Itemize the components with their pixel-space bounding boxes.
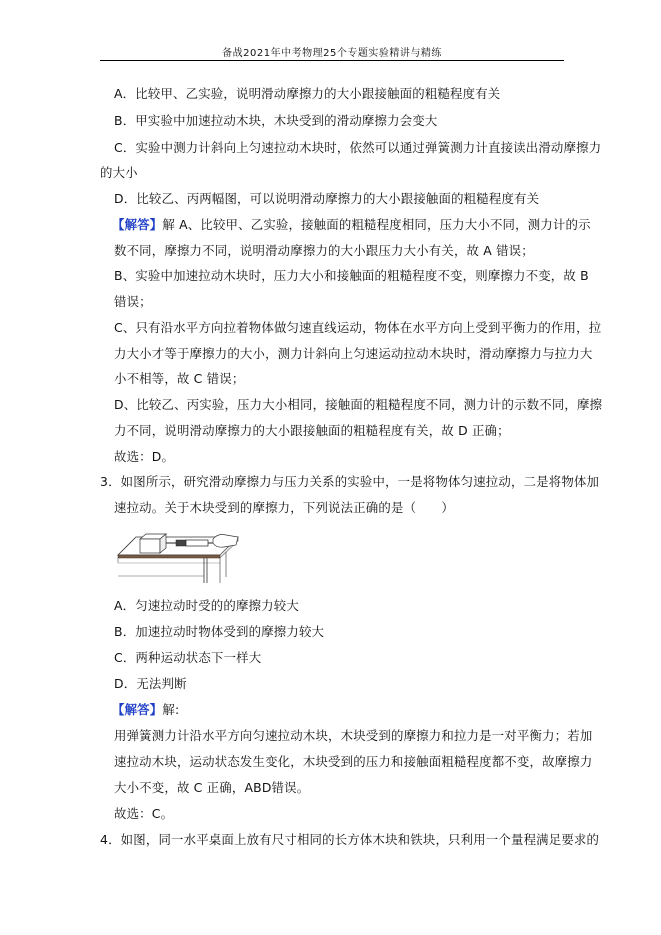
q3-answer-line-4: 故选：C。	[114, 806, 173, 822]
q3-option-d: D．无法判断	[114, 676, 187, 692]
q2-option-a: A．比较甲、乙实验，说明滑动摩擦力的大小跟接触面的粗糙程度有关	[114, 86, 500, 102]
q4-stem-line-1: 4．如图，同一水平桌面上放有尺寸相同的长方体木块和铁块，只利用一个量程满足要求的	[100, 832, 599, 848]
block-on-table-figure	[114, 527, 244, 583]
q3-answer-line-1: 用弹簧测力计沿水平方向匀速拉动木块，木块受到的摩擦力和拉力是一对平衡力；若加	[114, 728, 592, 744]
q2-option-b: B．甲实验中加速拉动木块，木块受到的滑动摩擦力会变大	[114, 113, 437, 129]
page-header: 备战2021年中考物理25个专题实验精讲与精练	[100, 44, 564, 59]
q2-option-d: D．比较乙、丙两幅图，可以说明滑动摩擦力的大小跟接触面的粗糙程度有关	[114, 191, 539, 207]
q2-answer-line-9: 力不同，说明滑动摩擦力的大小跟接触面的粗糙程度有关，故 D 正确；	[114, 423, 510, 439]
header-divider	[100, 60, 564, 61]
q2-answer-line-4: 错误；	[114, 294, 152, 310]
q2-answer-line-1: 【解答】解 A、比较甲、乙实验，接触面的粗糙程度相同，压力大小不同，测力计的示	[112, 217, 591, 233]
q2-answer-line-5: C、只有沿水平方向拉着物体做匀速直线运动，物体在水平方向上受到平衡力的作用，拉	[114, 320, 601, 336]
q3-stem-line-2: 速拉动。关于木块受到的摩擦力，下列说法正确的是（ ）	[114, 500, 454, 516]
q3-option-c: C．两种运动状态下一样大	[114, 650, 261, 666]
q2-answer-line-2: 数不同，摩擦力不同，说明滑动摩擦力的大小跟压力大小有关，故 A 错误；	[114, 243, 534, 259]
q2-answer-line-3: B、实验中加速拉动木块时，压力大小和接触面的粗糙程度不变，则摩擦力不变，故 B	[114, 268, 589, 284]
q3-answer-heading: 【解答】解:	[112, 702, 179, 718]
q2-answer-line-6: 力大小才等于摩擦力的大小，测力计斜向上匀速运动拉动木块时，滑动摩擦力与拉力大	[114, 346, 592, 362]
q2-answer-line-8: D、比较乙、丙实验，压力大小相同，接触面的粗糙程度不同，测力计的示数不同，摩擦	[114, 397, 602, 413]
q2-option-c-cont: 的大小	[100, 165, 138, 181]
answer-tag: 【解答】	[112, 217, 162, 232]
q2-option-c: C．实验中测力计斜向上匀速拉动木块时，依然可以通过弹簧测力计直接读出滑动摩擦力	[114, 140, 601, 156]
q3-answer-line-2: 速拉动木块，运动状态发生变化，木块受到的压力和接触面粗糙程度都不变，故摩擦力	[114, 754, 592, 770]
q3-stem-line-1: 3．如图所示，研究滑动摩擦力与压力关系的实验中，一是将物体匀速拉动，二是将物体加	[100, 474, 599, 490]
block-on-table-spring-scale-icon	[114, 527, 244, 583]
q3-option-b: B．加速拉动时物体受到的摩擦力较大	[114, 624, 324, 640]
q2-answer-line-7: 小不相等，故 C 错误；	[114, 371, 244, 387]
answer-tag: 【解答】	[112, 702, 162, 717]
q2-answer-line-10: 故选：D。	[114, 449, 174, 465]
q3-option-a: A．匀速拉动时受的的摩擦力较大	[114, 598, 299, 614]
q3-answer-line-3: 大小不变，故 C 正确，ABD错误。	[114, 780, 309, 796]
